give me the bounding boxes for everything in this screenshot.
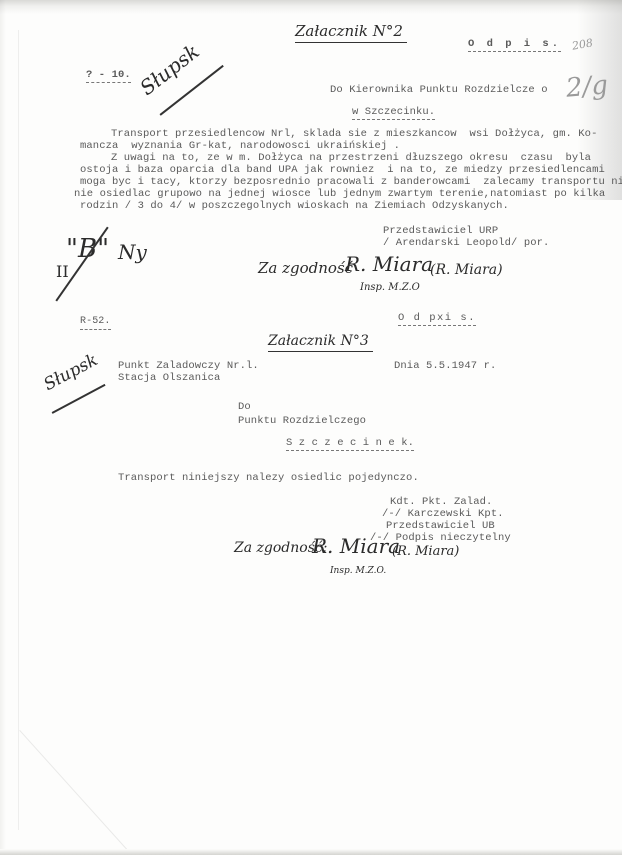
addressee-line-1: Do Kierownika Punktu Rozdzielcze o xyxy=(330,84,548,96)
certification-printed-name-2: (R. Miara) xyxy=(392,544,459,559)
sender-line-2: Stacja Olszanica xyxy=(118,372,220,384)
margin-mark-b: "B" xyxy=(66,234,109,264)
body-line: nie osiedlac grupowo na jednej wiosce lu… xyxy=(74,188,605,200)
reference-number-2: R-52. xyxy=(80,316,111,330)
addressee-name: Punktu Rozdzielczego xyxy=(238,415,366,427)
fold-mark xyxy=(19,730,127,850)
addressee-to: Do xyxy=(238,401,251,413)
certification-rank-2: Insp. M.Z.O. xyxy=(330,566,386,576)
certification-signature: R. Miara xyxy=(345,252,433,276)
instruction-line: Transport niniejszy nalezy osiedlic poje… xyxy=(118,472,419,484)
page-bottom-edge xyxy=(0,849,622,855)
addressee-line-2: w Szczecinku. xyxy=(352,106,435,120)
body-line: moga byc i tacy, ktorzy bezposrednio pra… xyxy=(80,176,622,188)
stamp-slupsk-1: Słupsk xyxy=(135,39,204,100)
sender-line-1: Punkt Zaladowczy Nr.l. xyxy=(118,360,259,372)
signature-line: Kdt. Pkt. Zalad. xyxy=(390,496,492,508)
scanned-document-page: Załacznik N°2 O d p i s. 208 2/g ? - 10.… xyxy=(0,0,622,855)
stamp-slupsk-2: Słupsk xyxy=(41,350,102,395)
body-line: mancza wyznania Gr-kat, narodowosci ukra… xyxy=(80,140,400,152)
body-line: Z uwagi na to, ze w m. Dołżyca na przest… xyxy=(111,152,591,164)
copy-label: O d p i s. xyxy=(468,38,561,52)
signature-line: /-/ Karczewski Kpt. xyxy=(382,508,504,520)
signature-line: Przedstawiciel UB xyxy=(386,520,495,532)
certification-printed-name: (R. Miara) xyxy=(430,262,503,278)
body-line: ostoja i baza oparcia dla band UPA jak r… xyxy=(80,164,605,176)
signature-title: Przedstawiciel URP xyxy=(383,225,498,237)
certification-text: Za zgodność xyxy=(258,259,353,277)
certification-rank: Insp. M.Z.O xyxy=(360,282,420,293)
addressee-city: S z c z e c i n e k. xyxy=(286,437,414,451)
margin-mark-number: II xyxy=(56,262,69,281)
certification-signature-2: R. Miara xyxy=(312,534,400,558)
reference-number: ? - 10. xyxy=(86,69,131,83)
signature-name: / Arendarski Leopold/ por. xyxy=(383,237,549,249)
margin-initials: Ny xyxy=(118,240,147,264)
page-edge xyxy=(18,30,19,830)
body-line: Transport przesiedlencow Nrl, sklada sie… xyxy=(111,128,597,140)
body-line: rodzin / 3 do 4/ w poszczegolnych wioska… xyxy=(80,200,509,212)
annex-heading-3: Załacznik N°3 xyxy=(268,333,373,352)
copy-label-2: O d pxi s. xyxy=(398,312,476,326)
corner-note-side: 2/g xyxy=(565,70,609,104)
annex-heading-2: Załacznik N°2 xyxy=(295,22,407,43)
letter-date: Dnia 5.5.1947 r. xyxy=(394,360,496,372)
